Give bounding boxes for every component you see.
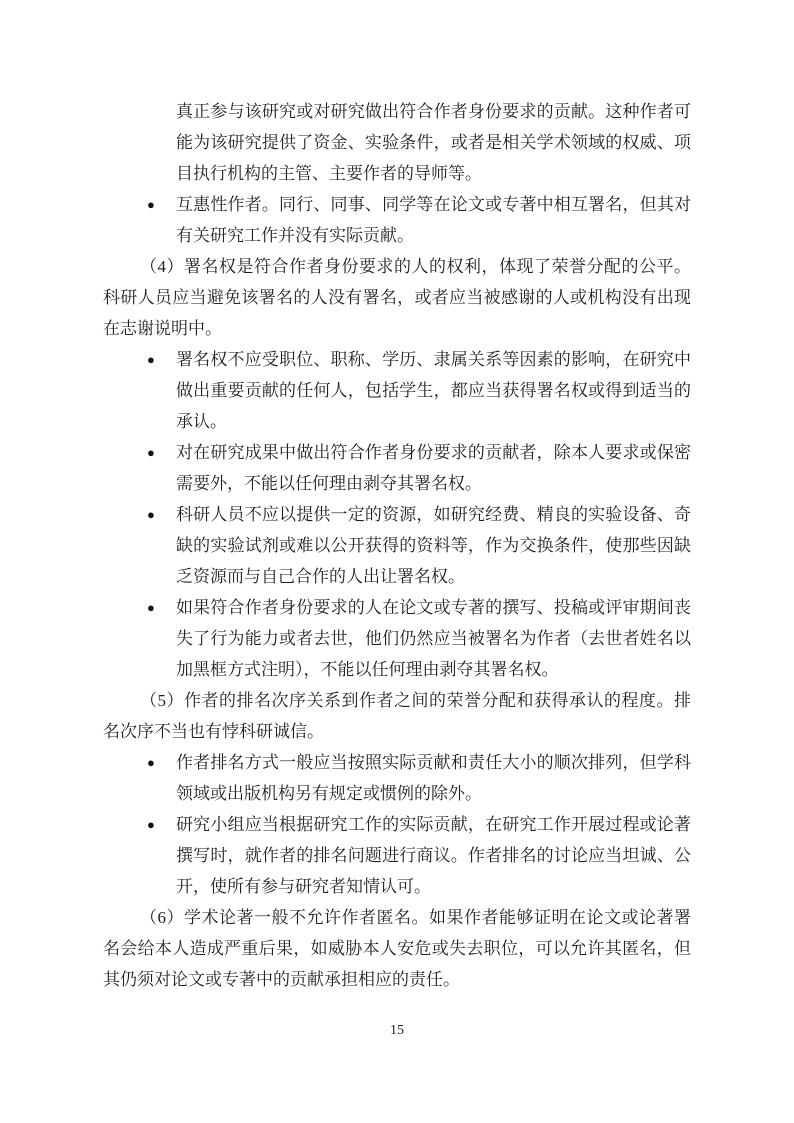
- bullet-icon: ●: [147, 499, 155, 530]
- bullet-item: ● 对在研究成果中做出符合作者身份要求的贡献者，除本人要求或保密需要外，不能以任…: [176, 437, 691, 499]
- paragraph-numbered-5: （5）作者的排名次序关系到作者之间的荣誉分配和获得承认的程度。排名次序不当也有悖…: [103, 685, 691, 747]
- page-number: 15: [0, 1022, 794, 1040]
- bullet-item-text: 互惠性作者。同行、同事、同学等在论文或专著中相互署名，但其对有关研究工作并没有实…: [176, 195, 691, 245]
- bullet-item: ● 作者排名方式一般应当按照实际贡献和责任大小的顺次排列，但学科领域或出版机构另…: [176, 747, 691, 809]
- bullet-icon: ●: [147, 344, 155, 375]
- bullet-icon: ●: [147, 592, 155, 623]
- bullet-item-text: 署名权不应受职位、职称、学历、隶属关系等因素的影响，在研究中做出重要贡献的任何人…: [176, 350, 691, 431]
- paragraph-numbered-4: （4）署名权是符合作者身份要求的人的权利，体现了荣誉分配的公平。科研人员应当避免…: [103, 251, 691, 344]
- bullet-icon: ●: [147, 809, 155, 840]
- bullet-item: ● 如果符合作者身份要求的人在论文或专著的撰写、投稿或评审期间丧失了行为能力或者…: [176, 592, 691, 685]
- bullet-item-text: 研究小组应当根据研究工作的实际贡献，在研究工作开展过程或论著撰写时，就作者的排名…: [176, 815, 691, 896]
- bullet-icon: ●: [147, 189, 155, 220]
- bullet-item: ● 研究小组应当根据研究工作的实际贡献，在研究工作开展过程或论著撰写时，就作者的…: [176, 809, 691, 902]
- bullet-item: ● 互惠性作者。同行、同事、同学等在论文或专著中相互署名，但其对有关研究工作并没…: [176, 189, 691, 251]
- bullet-item-text: 对在研究成果中做出符合作者身份要求的贡献者，除本人要求或保密需要外，不能以任何理…: [176, 443, 691, 493]
- bullet-icon: ●: [147, 437, 155, 468]
- bullet-item: ● 署名权不应受职位、职称、学历、隶属关系等因素的影响，在研究中做出重要贡献的任…: [176, 344, 691, 437]
- bullet-item-text: 如果符合作者身份要求的人在论文或专著的撰写、投稿或评审期间丧失了行为能力或者去世…: [176, 598, 691, 679]
- bullet-icon: ●: [147, 747, 155, 778]
- bullet-item: ● 科研人员不应以提供一定的资源，如研究经费、精良的实验设备、奇缺的实验试剂或难…: [176, 499, 691, 592]
- bullet-item-text: 科研人员不应以提供一定的资源，如研究经费、精良的实验设备、奇缺的实验试剂或难以公…: [176, 505, 691, 586]
- bullet-item-text: 作者排名方式一般应当按照实际贡献和责任大小的顺次排列，但学科领域或出版机构另有规…: [176, 753, 691, 803]
- paragraph-numbered-6: （6）学术论著一般不允许作者匿名。如果作者能够证明在论文或论著署名会给本人造成严…: [103, 902, 691, 995]
- paragraph-bullet-continuation: 真正参与该研究或对研究做出符合作者身份要求的贡献。这种作者可能为该研究提供了资金…: [176, 96, 691, 189]
- document-body: 真正参与该研究或对研究做出符合作者身份要求的贡献。这种作者可能为该研究提供了资金…: [103, 96, 691, 995]
- document-page: 真正参与该研究或对研究做出符合作者身份要求的贡献。这种作者可能为该研究提供了资金…: [0, 0, 794, 1123]
